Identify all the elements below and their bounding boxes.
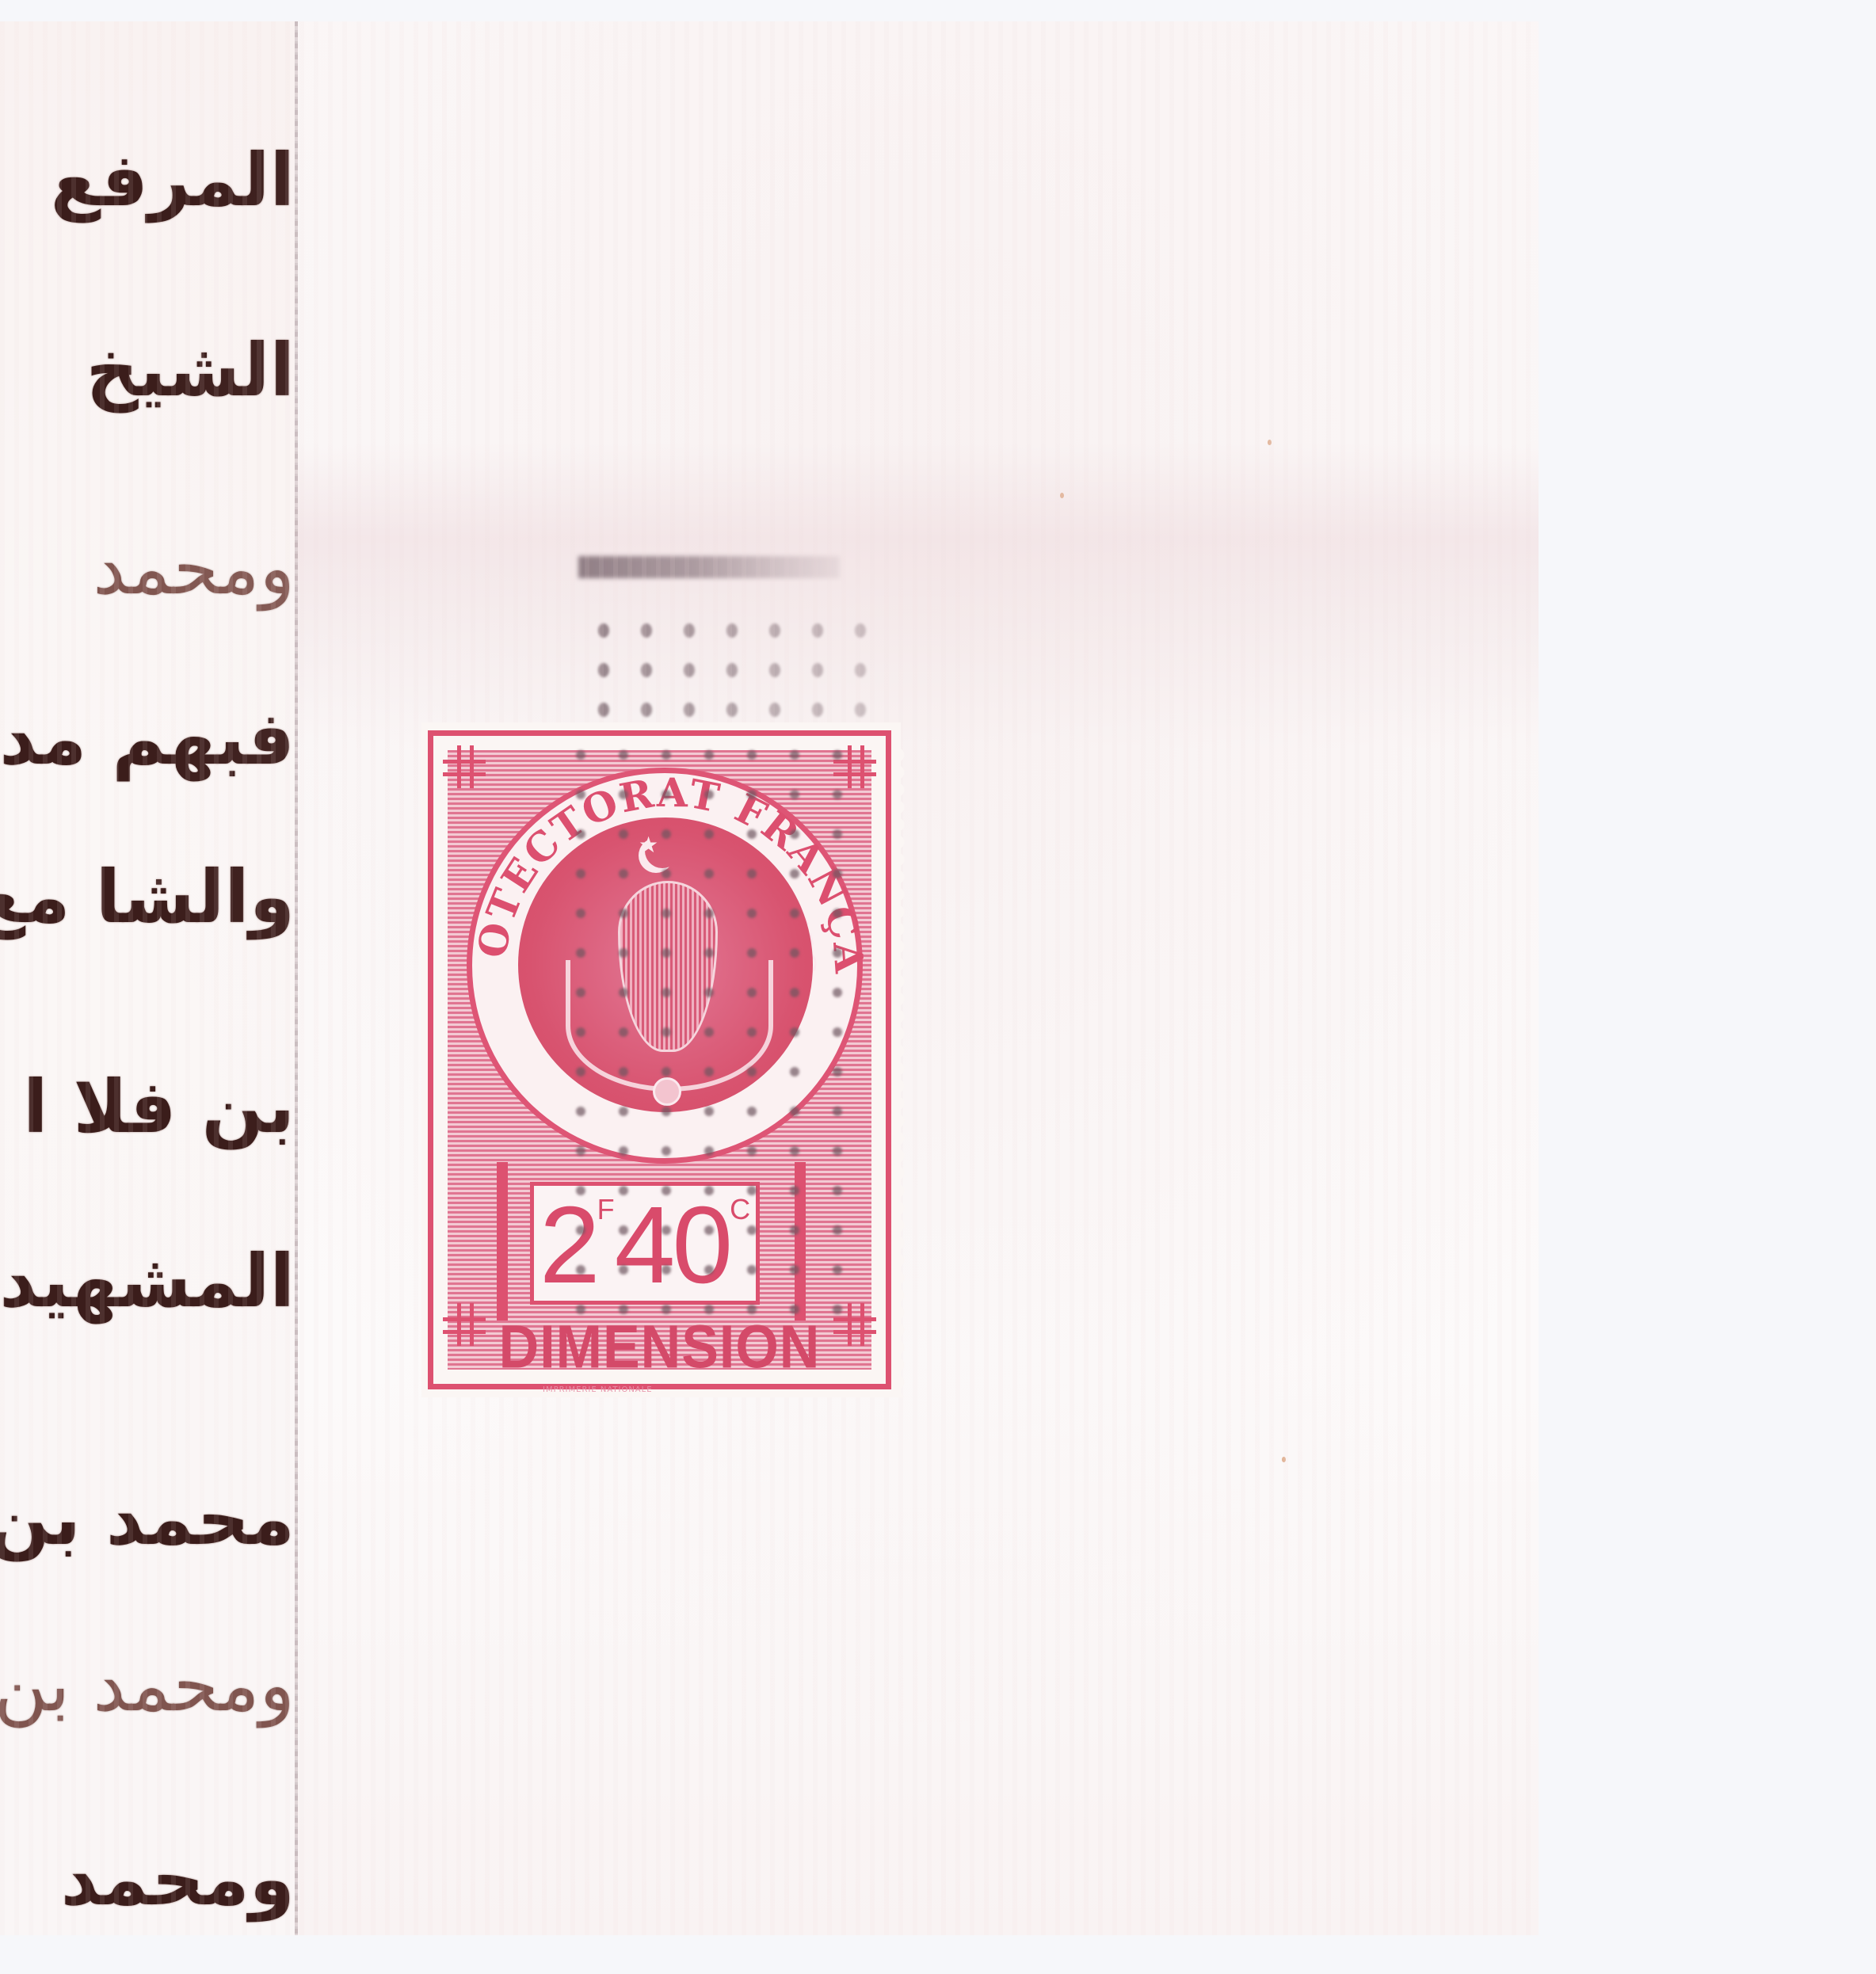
perforation-hole: [576, 1027, 585, 1037]
perforation-hole: [704, 909, 714, 918]
perforation-hole: [619, 1107, 628, 1116]
perforation-hole: [619, 1067, 628, 1077]
perforation-hole: [619, 829, 628, 839]
perforation-hole: [704, 1146, 714, 1156]
manuscript-line: فبهم مد: [0, 703, 295, 775]
perforation-hole: [833, 1265, 842, 1275]
value-unit-centimes: C: [730, 1193, 750, 1225]
perforation-hole: [619, 948, 628, 958]
perforation-hole: [833, 790, 842, 799]
perforation-hole: [747, 1225, 757, 1235]
perforation-hole: [747, 790, 757, 799]
manuscript-line: ومحمد بن: [0, 1649, 295, 1722]
perforation-hole: [833, 909, 842, 918]
perforation-hole: [576, 1265, 585, 1275]
perforation-hole: [833, 1067, 842, 1077]
perforation-hole: [769, 663, 780, 677]
perforation-hole: [833, 1027, 842, 1037]
perforation-hole: [662, 1265, 671, 1275]
perforation-hole: [704, 1186, 714, 1195]
perforation-hole: [576, 909, 585, 918]
perforation-hole: [662, 948, 671, 958]
perforation-hole: [833, 1146, 842, 1156]
perforation-hole: [747, 869, 757, 878]
perforation-hole: [684, 623, 695, 638]
fold-line: [295, 21, 298, 1935]
perforation-hole: [576, 1067, 585, 1077]
perforation-hole: [576, 829, 585, 839]
perforation-hole: [833, 1225, 842, 1235]
manuscript-line: بن فلا ا: [23, 1071, 295, 1144]
value-unit-francs: F: [597, 1193, 615, 1225]
medal-icon: [653, 1077, 681, 1106]
stamp-perforated-edge: [898, 746, 915, 1397]
paper-speck: [1282, 1457, 1286, 1462]
perforation-hole: [576, 1146, 585, 1156]
perforation-hole: [619, 1305, 628, 1314]
perforation-hole: [619, 1265, 628, 1275]
perforation-hole: [790, 1067, 799, 1077]
perforation-hole: [790, 829, 799, 839]
perforation-hole: [576, 790, 585, 799]
perforation-hole: [855, 703, 866, 717]
perforation-hole: [576, 1107, 585, 1116]
manuscript-line: والشا مع: [0, 861, 295, 934]
perforation-hole: [833, 829, 842, 839]
perforation-hole: [704, 869, 714, 878]
perforation-hole: [790, 1225, 799, 1235]
perforation-hole: [769, 623, 780, 638]
paper-speck: [1060, 493, 1064, 498]
perforation-hole: [855, 623, 866, 638]
stamp-engraved-background: PROTECTORAT FRANÇAIS RÉGENCE DE TUNIS ★: [448, 750, 871, 1370]
perforation-hole: [790, 948, 799, 958]
perforation-hole: [812, 623, 823, 638]
perforation-bar: [578, 556, 840, 578]
perforation-hole: [704, 1107, 714, 1116]
perforation-hole: [790, 790, 799, 799]
perforation-hole: [662, 790, 671, 799]
printer-imprint: IMPRIMERIE NATIONALE: [543, 1385, 816, 1395]
perforation-hole: [833, 1305, 842, 1314]
manuscript-column: المرفع الشيخ ومحمد فبهم مد والشا مع بن ف…: [0, 21, 295, 1935]
manuscript-line: ومحمد: [61, 1843, 295, 1916]
perforation-hole: [747, 1146, 757, 1156]
perforation-hole: [576, 869, 585, 878]
perforation-hole: [747, 1107, 757, 1116]
perforation-hole: [704, 1027, 714, 1037]
perforation-hole: [855, 663, 866, 677]
perforation-hole: [747, 1305, 757, 1314]
perforation-hole: [662, 750, 671, 760]
perforation-hole: [598, 663, 609, 677]
stamp-value: 2F40C: [534, 1191, 756, 1300]
perforation-hole: [576, 750, 585, 760]
value-tablet: 2F40C: [530, 1182, 760, 1305]
perforation-hole: [704, 1067, 714, 1077]
perforation-hole: [619, 1225, 628, 1235]
perforation-hole: [576, 948, 585, 958]
manuscript-line: الشيخ: [86, 334, 295, 407]
perforation-hole: [641, 623, 652, 638]
perforation-hole: [833, 750, 842, 760]
perforation-hole: [790, 1146, 799, 1156]
perforation-hole: [619, 988, 628, 997]
perforation-hole: [833, 1107, 842, 1116]
manuscript-line: المشهيد: [0, 1245, 295, 1318]
perforation-hole: [619, 1146, 628, 1156]
perforation-hole: [662, 1027, 671, 1037]
perforation-hole: [747, 988, 757, 997]
perforation-hole: [662, 1107, 671, 1116]
perforation-hole: [662, 869, 671, 878]
manuscript-line: محمد بن الم: [0, 1483, 295, 1556]
manuscript-line: المرفع: [51, 144, 295, 217]
perforation-hole: [833, 1186, 842, 1195]
perforation-hole: [619, 1186, 628, 1195]
perforation-hole: [790, 1305, 799, 1314]
perforation-hole: [704, 1265, 714, 1275]
perforation-hole: [747, 1027, 757, 1037]
perforation-hole: [662, 909, 671, 918]
perforation-hole: [662, 988, 671, 997]
perforation-hole: [790, 909, 799, 918]
perforation-hole: [662, 1225, 671, 1235]
perforation-hole: [790, 988, 799, 997]
perforation-hole: [790, 1265, 799, 1275]
perforation-hole: [704, 988, 714, 997]
perforation-hole: [790, 1027, 799, 1037]
perforation-hole: [684, 663, 695, 677]
perforation-hole: [619, 909, 628, 918]
perforation-hole: [812, 703, 823, 717]
perforation-hole: [833, 948, 842, 958]
perforation-hole: [833, 988, 842, 997]
perforation-hole: [747, 829, 757, 839]
perforation-hole: [684, 703, 695, 717]
perforation-hole: [704, 790, 714, 799]
perforation-hole: [662, 1146, 671, 1156]
revenue-stamp: PROTECTORAT FRANÇAIS RÉGENCE DE TUNIS ★: [421, 722, 901, 1397]
perforation-hole: [619, 750, 628, 760]
perforation-hole: [747, 948, 757, 958]
value-bracket-left: [497, 1162, 508, 1320]
stamp-label: DIMENSION: [482, 1317, 837, 1378]
corner-ornament-icon: [443, 1303, 486, 1346]
perforation-hole: [576, 1305, 585, 1314]
perforation-hole: [726, 663, 738, 677]
perforation-hole: [726, 623, 738, 638]
perforation-hole: [576, 1225, 585, 1235]
perforation-hole: [576, 988, 585, 997]
perforation-hole: [790, 750, 799, 760]
perforation-hole: [704, 829, 714, 839]
perforation-hole: [619, 790, 628, 799]
paper-speck: [1268, 440, 1272, 445]
perforation-hole: [747, 1186, 757, 1195]
perforation-hole: [704, 1225, 714, 1235]
value-francs: 2: [540, 1184, 597, 1306]
perforation-hole: [747, 1265, 757, 1275]
perforation-hole: [769, 703, 780, 717]
perforation-hole: [662, 1067, 671, 1077]
stamp-medallion: PROTECTORAT FRANÇAIS RÉGENCE DE TUNIS ★: [467, 768, 863, 1164]
perforation-hole: [790, 1186, 799, 1195]
value-centimes: 40: [615, 1184, 730, 1306]
perforation-hole: [790, 1107, 799, 1116]
perforation-hole: [790, 869, 799, 878]
perforation-hole: [662, 1305, 671, 1314]
perforation-hole: [662, 1186, 671, 1195]
perforation-hole: [704, 948, 714, 958]
perforation-hole: [641, 663, 652, 677]
perforation-hole: [833, 869, 842, 878]
perforation-hole: [619, 1027, 628, 1037]
perforation-hole: [576, 1186, 585, 1195]
perforation-hole: [598, 703, 609, 717]
perforation-hole: [726, 703, 738, 717]
manuscript-line: ومحمد: [93, 532, 295, 605]
star-icon: ★: [639, 832, 658, 858]
stamp-frame: PROTECTORAT FRANÇAIS RÉGENCE DE TUNIS ★: [428, 730, 891, 1389]
perforation-hole: [704, 750, 714, 760]
perforation-hole: [598, 623, 609, 638]
perforation-hole: [747, 750, 757, 760]
perforation-hole: [704, 1305, 714, 1314]
perforation-hole: [747, 1067, 757, 1077]
perforation-hole: [619, 869, 628, 878]
perforation-hole: [812, 663, 823, 677]
perforation-hole: [662, 829, 671, 839]
perforation-hole: [747, 909, 757, 918]
perforation-hole: [641, 703, 652, 717]
